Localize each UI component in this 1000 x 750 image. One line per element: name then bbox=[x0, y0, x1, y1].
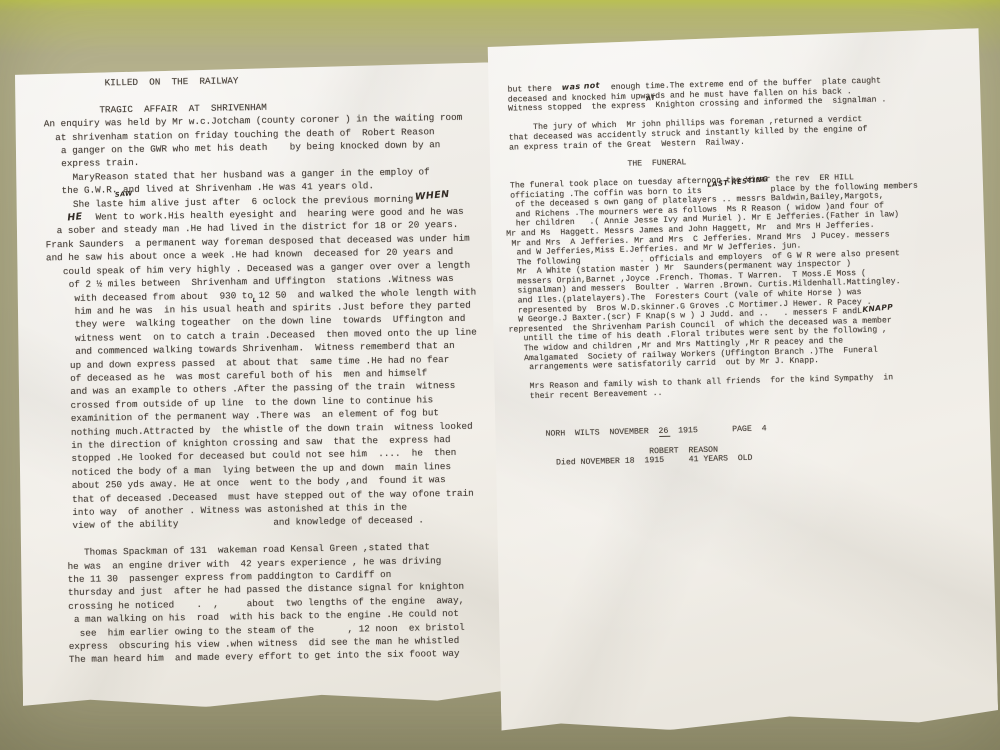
right-page-typewritten-text: but there enough time.The extreme end of… bbox=[498, 76, 925, 470]
right-document-page: but there enough time.The extreme end of… bbox=[485, 28, 999, 734]
handwritten-saw-annotation: SAW bbox=[115, 189, 133, 198]
left-page-typewritten-text: KILLED ON THE RAILWAY TRAGIC AFFAIR AT S… bbox=[43, 71, 482, 668]
left-document-page: KILLED ON THE RAILWAY TRAGIC AFFAIR AT S… bbox=[13, 62, 505, 709]
photo-scene: KILLED ON THE RAILWAY TRAGIC AFFAIR AT S… bbox=[0, 0, 1000, 750]
handwritten-l-insert-annotation: L bbox=[252, 297, 257, 304]
handwritten-he-annotation: HE bbox=[67, 211, 83, 223]
handwritten-at-annotation: AT bbox=[646, 94, 656, 103]
